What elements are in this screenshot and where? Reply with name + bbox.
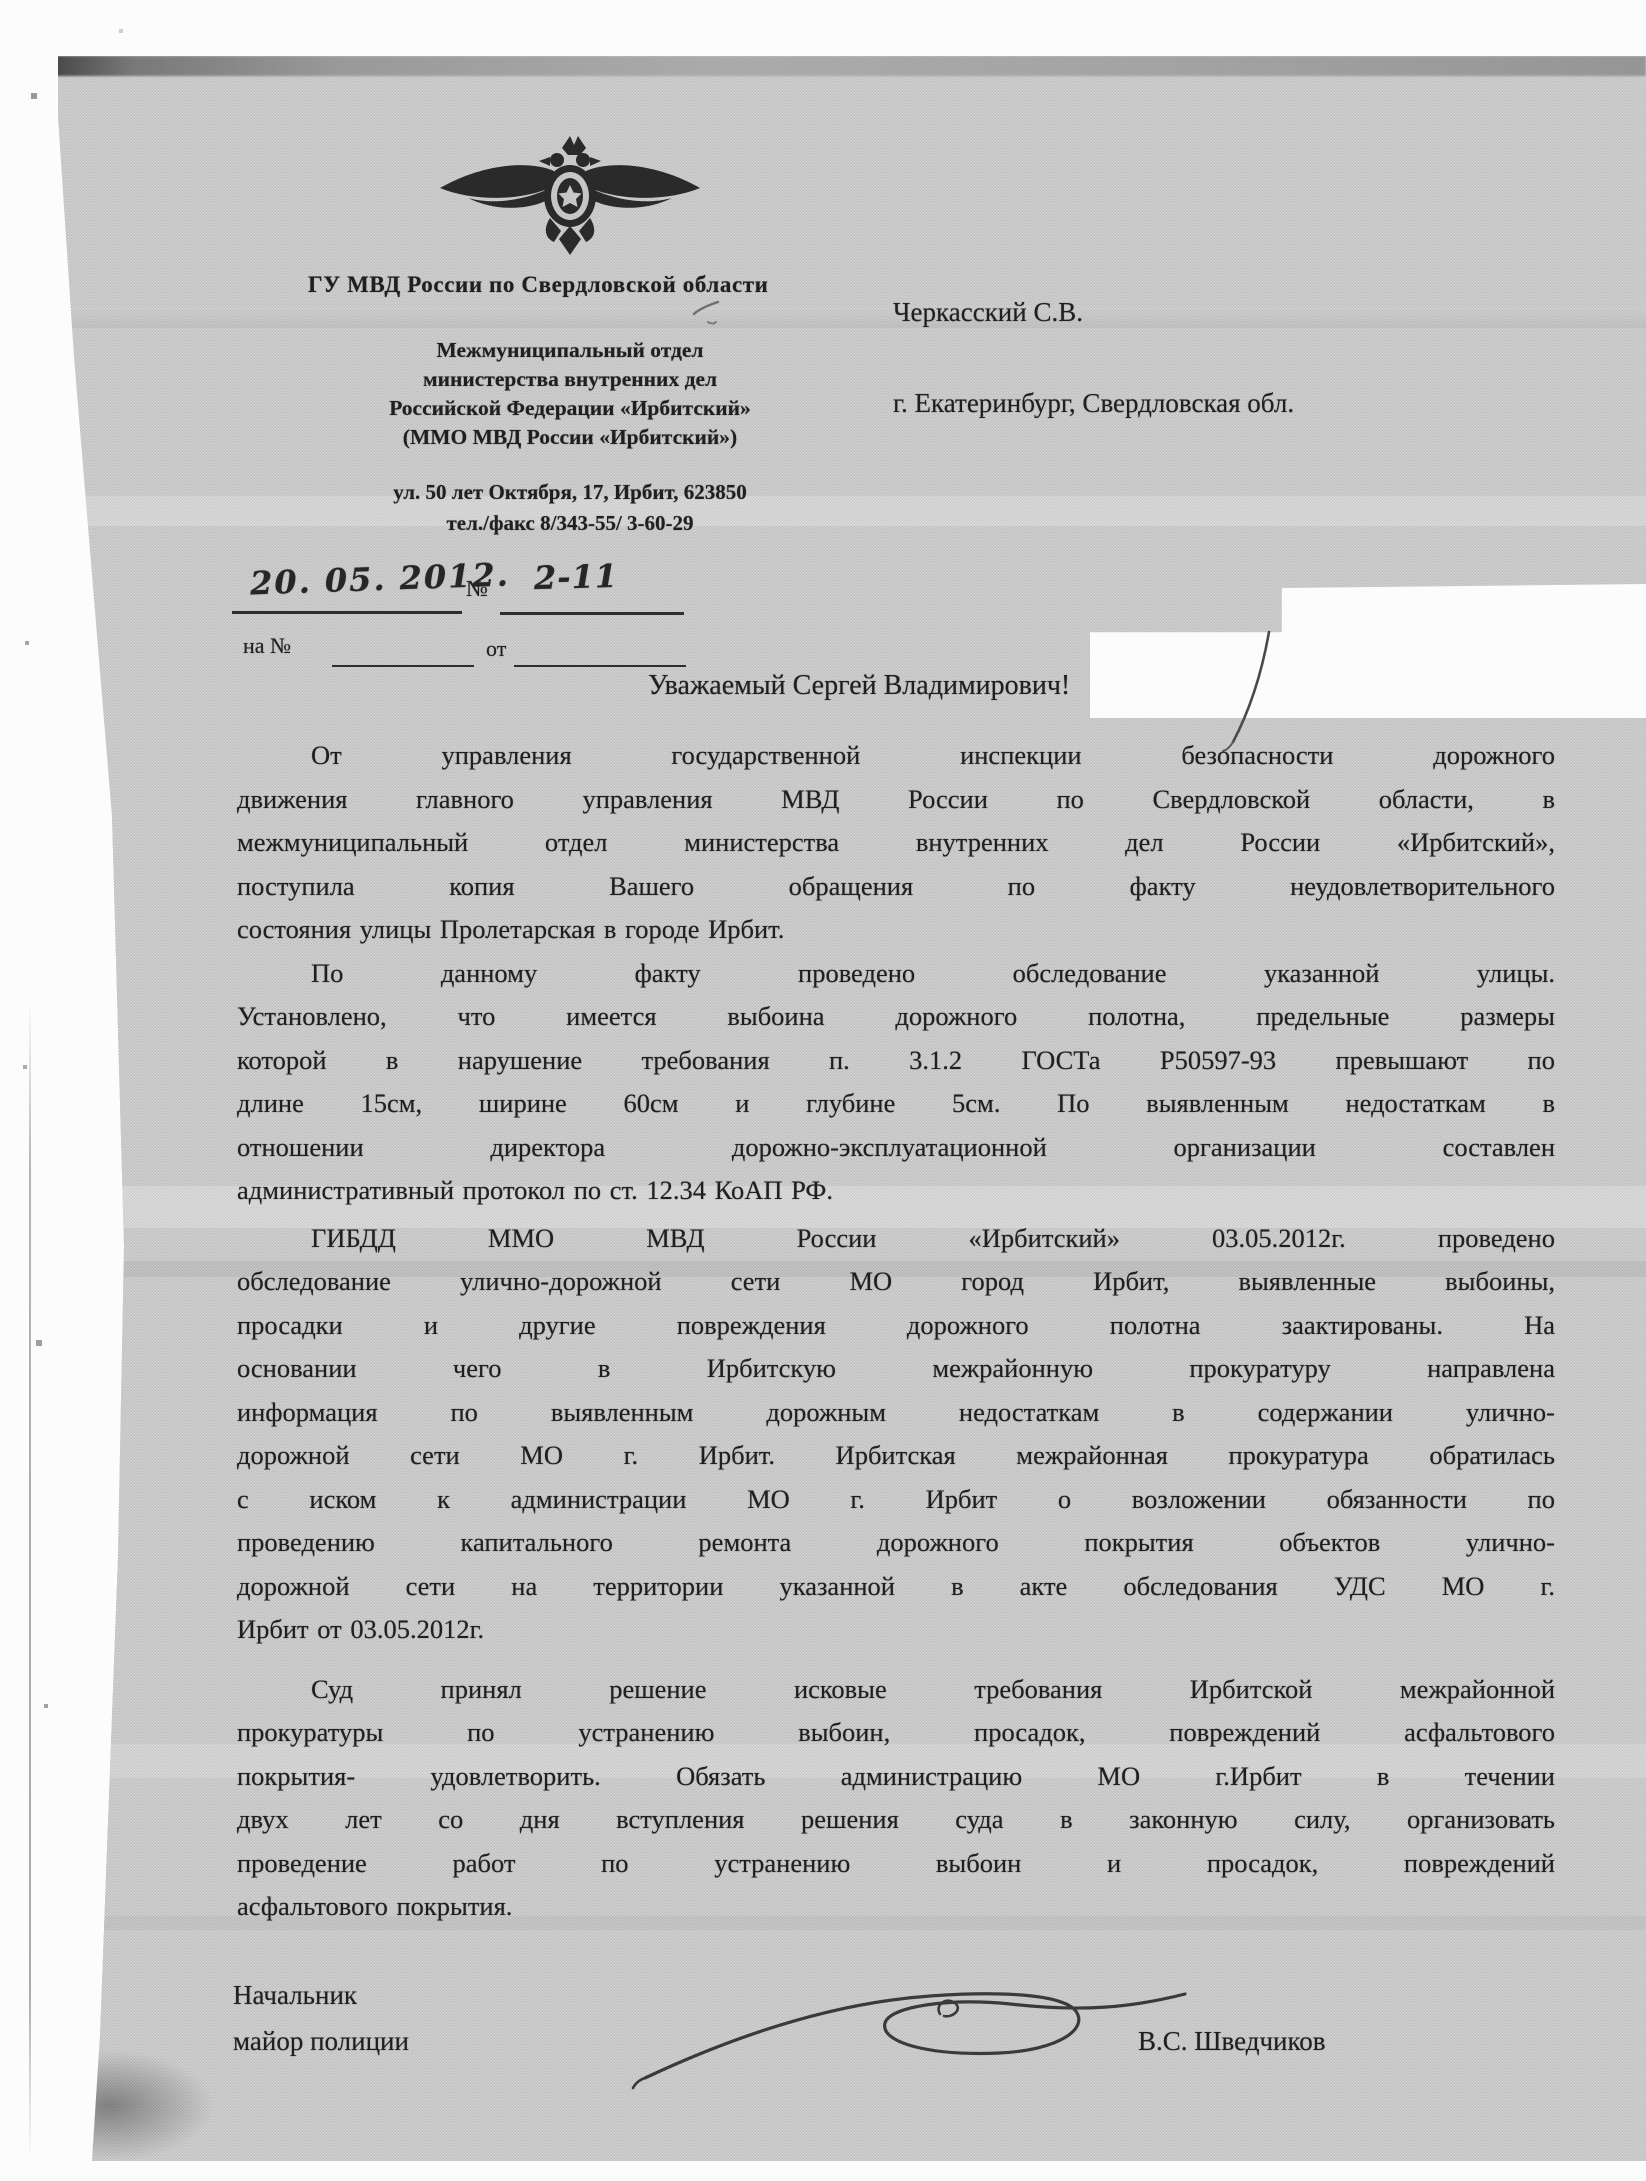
text-line: ГИБДД ММО МВД России «Ирбитский» 03.05.2… (237, 1217, 1555, 1261)
number-sign: № (466, 576, 488, 602)
text-line: От управления государственной инспекции … (237, 734, 1555, 778)
text-line: движения главного управления МВД России … (237, 778, 1555, 822)
fold-line (29, 1000, 31, 2160)
letterhead-contacts: ул. 50 лет Октября, 17, Ирбит, 623850тел… (290, 477, 850, 539)
text-line: информация по выявленным дорожным недост… (237, 1391, 1555, 1435)
text-line: проведение работ по устранению выбоин и … (237, 1842, 1555, 1886)
paragraph: ГИБДД ММО МВД России «Ирбитский» 03.05.2… (237, 1217, 1555, 1652)
text-line: (ММО МВД России «Ирбитский») (290, 423, 850, 452)
paragraph: Суд принял решение исковые требования Ир… (237, 1668, 1555, 1929)
text-line: Установлено, что имеется выбоина дорожно… (237, 995, 1555, 1039)
text-line: состояния улицы Пролетарская в городе Ир… (237, 908, 1555, 952)
text-line: министерства внутренних дел (290, 365, 850, 394)
reply-ref-label: на № (243, 633, 291, 659)
text-line: отношении директора дорожно-эксплуатацио… (237, 1126, 1555, 1170)
text-line: тел./факс 8/343-55/ 3-60-29 (290, 508, 850, 539)
text-line: Начальник (233, 1972, 409, 2018)
text-line: длине 15см, ширине 60см и глубине 5см. П… (237, 1082, 1555, 1126)
text-line: покрытия- удовлетворить. Обязать админис… (237, 1755, 1555, 1799)
reply-date-underline (514, 665, 686, 667)
text-line: майор полиции (233, 2018, 409, 2064)
text-line: которой в нарушение требования п. 3.1.2 … (237, 1039, 1555, 1083)
text-line: основании чего в Ирбитскую межрайонную п… (237, 1347, 1555, 1391)
scanned-letter: ГУ МВД России по Свердловской области Ме… (0, 0, 1646, 2181)
date-underline (232, 611, 462, 614)
text-line: обследование улично-дорожной сети МО гор… (237, 1260, 1555, 1304)
handwritten-check-mark-icon (688, 296, 730, 330)
recipient-location: г. Екатеринбург, Свердловская обл. (893, 388, 1294, 419)
letterhead-authority: ГУ МВД России по Свердловской области (308, 272, 769, 298)
text-line: проведению капитального ремонта дорожног… (237, 1521, 1555, 1565)
scan-top-edge (54, 56, 1646, 76)
text-line: По данному факту проведено обследование … (237, 952, 1555, 996)
scan-noise-specks (0, 0, 2, 2)
signature-position: Начальникмайор полиции (233, 1972, 409, 2064)
text-line: Суд принял решение исковые требования Ир… (237, 1668, 1555, 1712)
text-line: дорожной сети МО г. Ирбит. Ирбитская меж… (237, 1434, 1555, 1478)
text-line: с иском к администрации МО г. Ирбит о во… (237, 1478, 1555, 1522)
salutation: Уважаемый Сергей Владимирович! (648, 670, 1070, 702)
recipient-name: Черкасский С.В. (893, 297, 1083, 328)
text-line: ул. 50 лет Октября, 17, Ирбит, 623850 (290, 477, 850, 508)
handwritten-outgoing-number: 2-11 (534, 557, 619, 597)
text-line: прокуратуры по устранению выбоин, просад… (237, 1711, 1555, 1755)
text-line: административный протокол по ст. 12.34 К… (237, 1169, 1555, 1213)
text-line: дорожной сети на территории указанной в … (237, 1565, 1555, 1609)
paragraph: По данному факту проведено обследование … (237, 952, 1555, 1213)
number-underline (500, 612, 684, 615)
text-line: Межмуниципальный отдел (290, 336, 850, 365)
text-line: поступила копия Вашего обращения по факт… (237, 865, 1555, 909)
letter-body: От управления государственной инспекции … (237, 734, 1555, 1929)
text-line: просадки и другие повреждения дорожного … (237, 1304, 1555, 1348)
signee-name: В.С. Шведчиков (1138, 2026, 1325, 2057)
handwritten-mark-icon (1205, 618, 1295, 753)
mvd-double-headed-eagle-icon (438, 124, 702, 262)
text-line: асфальтового покрытия. (237, 1885, 1555, 1929)
letterhead-department: Межмуниципальный отделминистерства внутр… (290, 336, 850, 452)
reply-date-label: от (486, 636, 506, 662)
text-line: двух лет со дня вступления решения суда … (237, 1798, 1555, 1842)
text-line: Ирбит от 03.05.2012г. (237, 1608, 1555, 1652)
reply-ref-underline (332, 665, 474, 667)
paragraph: От управления государственной инспекции … (237, 734, 1555, 952)
handwritten-signature-icon (600, 1948, 1240, 2098)
text-line: Российской Федерации «Ирбитский» (290, 394, 850, 423)
text-line: межмуниципальный отдел министерства внут… (237, 821, 1555, 865)
